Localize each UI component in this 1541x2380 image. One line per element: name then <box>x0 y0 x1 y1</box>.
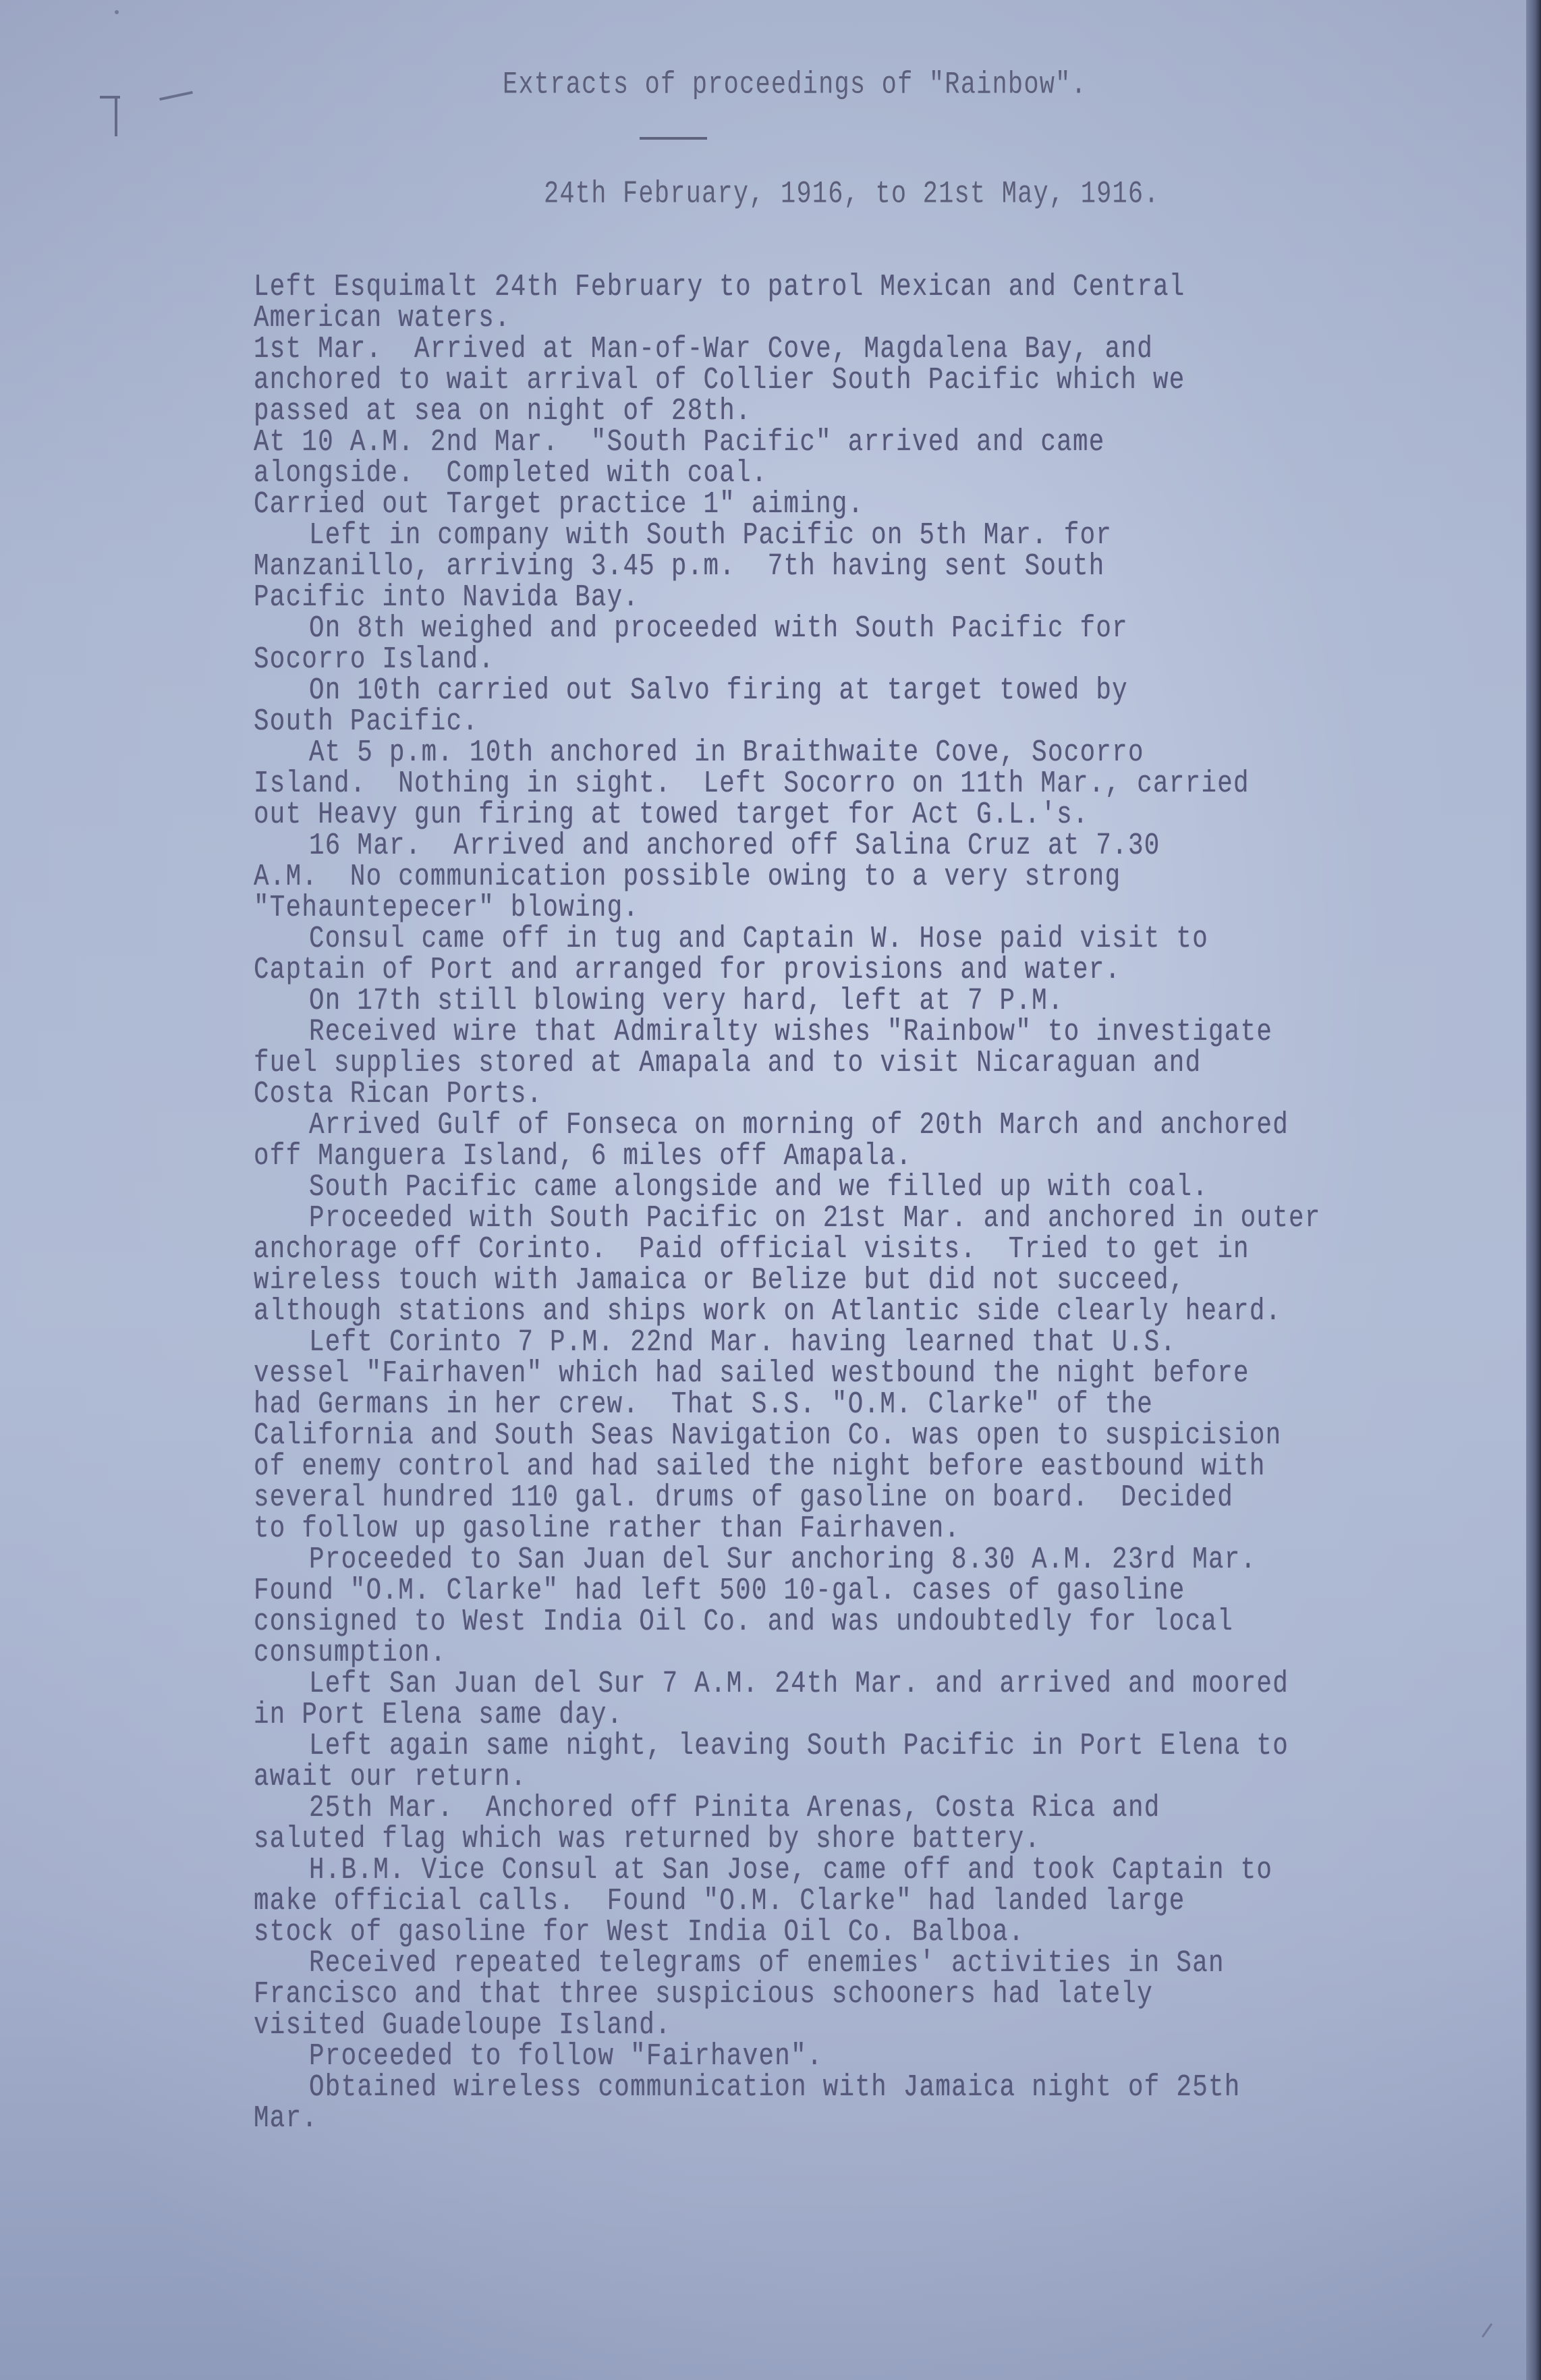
document-title: Extracts of proceedings of "Rainbow". <box>503 67 1087 103</box>
title-underline-divider <box>640 137 707 140</box>
handwritten-mark <box>100 96 120 138</box>
paper-edge-shadow <box>1526 0 1541 2380</box>
text-line: Mar. <box>254 2100 1495 2138</box>
pencil-mark <box>115 10 119 33</box>
handwritten-tick <box>159 91 193 101</box>
pencil-mark-corner <box>1482 2323 1492 2337</box>
document-date-range: 24th February, 1916, to 21st May, 1916. <box>544 177 1160 213</box>
paper-page: Extracts of proceedings of "Rainbow". 24… <box>0 0 1526 2380</box>
document-body: Left Esquimalt 24th February to patrol M… <box>254 269 1495 2131</box>
